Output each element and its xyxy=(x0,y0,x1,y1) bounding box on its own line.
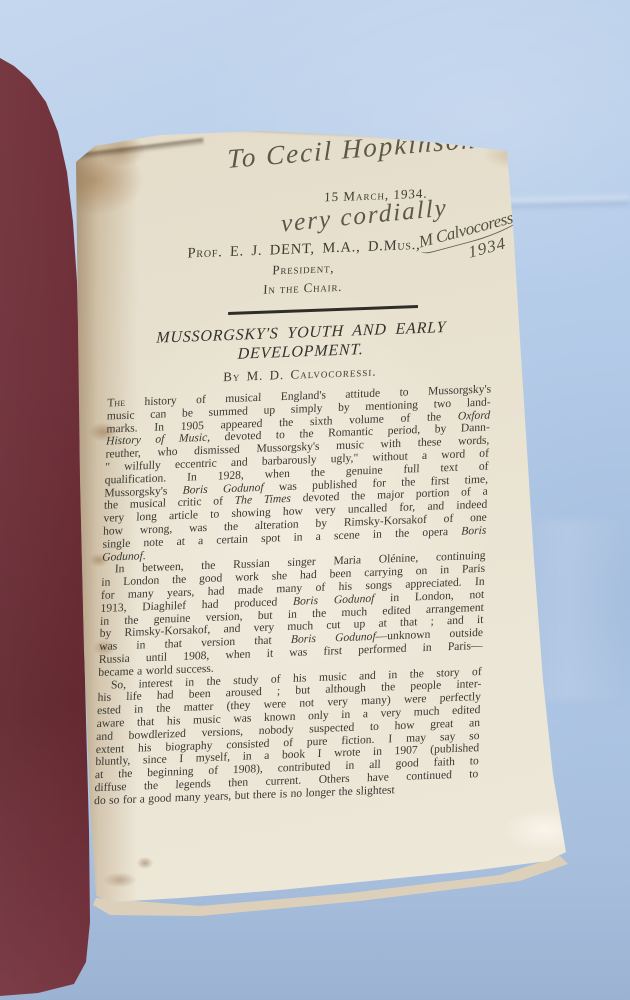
article-body-text: The history of musical England's attitud… xyxy=(94,383,491,807)
photo-scene: To Cecil Hopkinson 15 March, 1934. very … xyxy=(0,0,630,1000)
page-content: To Cecil Hopkinson 15 March, 1934. very … xyxy=(94,128,500,808)
title-rule xyxy=(228,305,418,315)
